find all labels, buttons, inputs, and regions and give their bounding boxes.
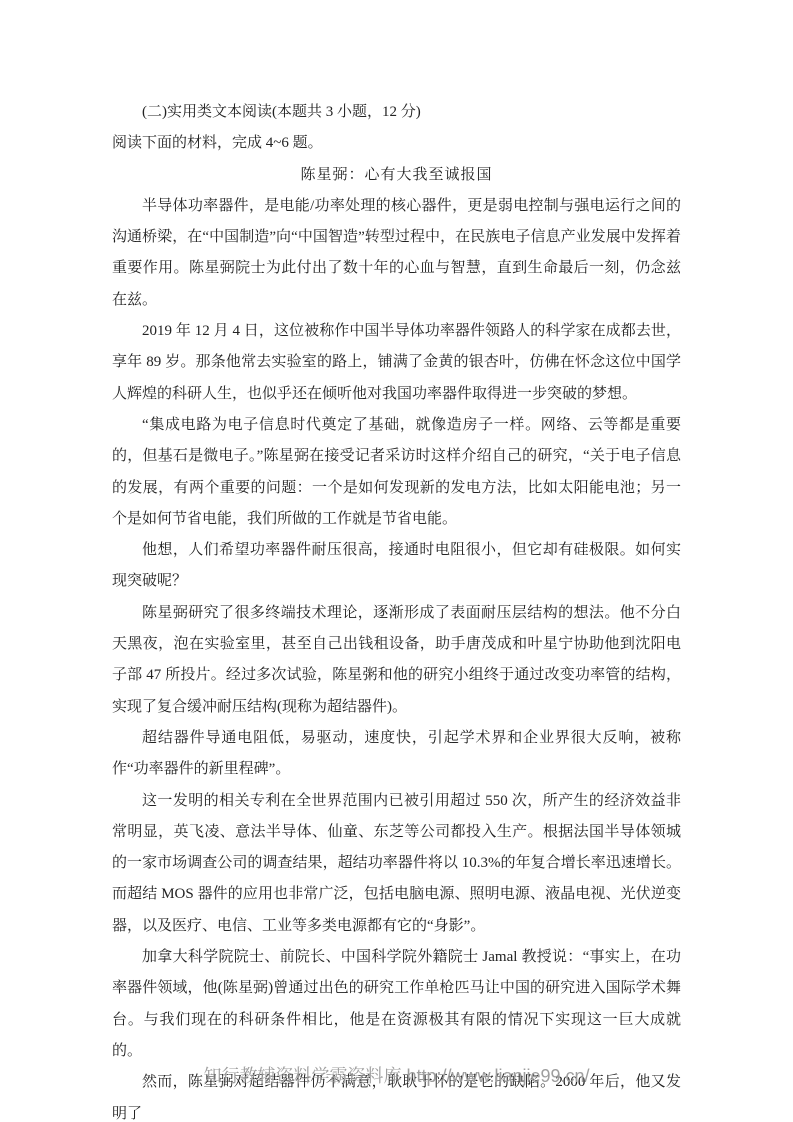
paragraph-8: 加拿大科学院院士、前院长、中国科学院外籍院士 Jamal 教授说：“事实上，在功…: [112, 942, 681, 1067]
document-page: (二)实用类文本阅读(本题共 3 小题，12 分) 阅读下面的材料，完成 4~6…: [0, 0, 793, 1122]
paragraph-5: 陈星弼研究了很多终端技术理论，逐渐形成了表面耐压层结构的想法。他不分白天黑夜，泡…: [112, 598, 681, 723]
paragraph-6: 超结器件导通电阻低，易驱动，速度快，引起学术界和企业界很大反响，被称作“功率器件…: [112, 723, 681, 786]
reading-instruction: 阅读下面的材料，完成 4~6 题。: [112, 128, 681, 159]
paragraph-7: 这一发明的相关专利在全世界范围内已被引用超过 550 次，所产生的经济效益非常明…: [112, 786, 681, 942]
paragraph-4: 他想，人们希望功率器件耐压很高，接通时电阻很小，但它却有硅极限。如何实现突破呢？: [112, 535, 681, 598]
footer-watermark: 知行教辅资料学霸资料库 http://www.lianjie99.cn/: [0, 1063, 793, 1089]
article-title: 陈星弼：心有大我至诚报国: [112, 160, 681, 191]
paragraph-2: 2019 年 12 月 4 日，这位被称作中国半导体功率器件领路人的科学家在成都…: [112, 316, 681, 410]
paragraph-1: 半导体功率器件，是电能/功率处理的核心器件，更是弱电控制与强电运行之间的沟通桥梁…: [112, 191, 681, 316]
paragraph-3: “集成电路为电子信息时代奠定了基础，就像造房子一样。网络、云等都是重要的，但基石…: [112, 410, 681, 535]
document-content: (二)实用类文本阅读(本题共 3 小题，12 分) 阅读下面的材料，完成 4~6…: [112, 97, 681, 1122]
section-header: (二)实用类文本阅读(本题共 3 小题，12 分): [112, 97, 681, 128]
